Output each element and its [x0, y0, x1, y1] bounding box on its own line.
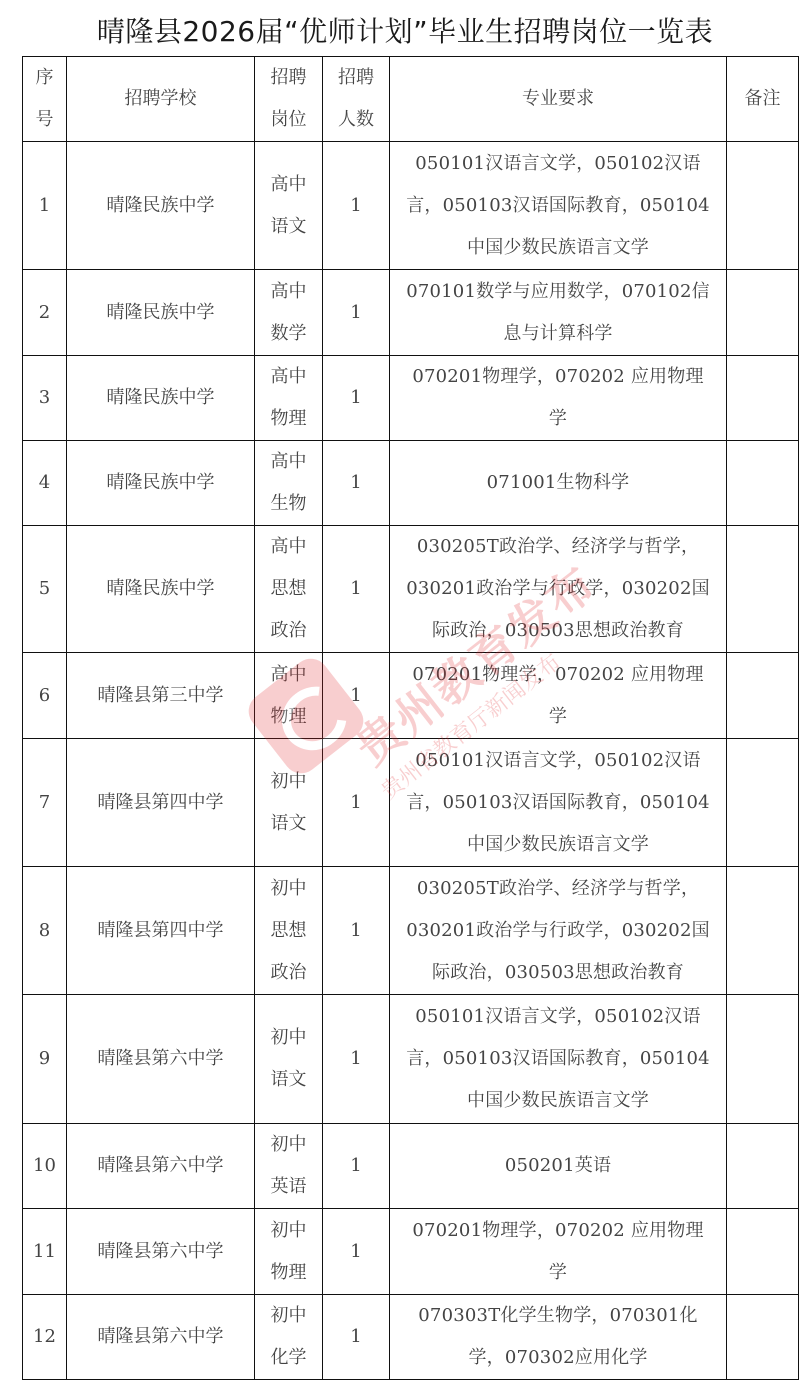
header-row: 序 号 招聘学校 招聘 岗位 招聘 人数 专业要求 备注: [23, 57, 799, 142]
cell-count: 1: [323, 270, 390, 356]
table-body: 1晴隆民族中学高中语文1050101汉语言文学，050102汉语言，050103…: [23, 142, 799, 1380]
cell-remark: [727, 867, 799, 995]
cell-position: 初中物理: [255, 1209, 323, 1295]
cell-position: 初中化学: [255, 1295, 323, 1380]
cell-position-line: 语文: [261, 206, 316, 248]
cell-count: 1: [323, 1295, 390, 1380]
cell-major-line: 学: [396, 398, 720, 440]
cell-index: 7: [23, 739, 67, 867]
cell-major-line: 030205T政治学、经济学与哲学，: [396, 526, 720, 568]
cell-major: 050201英语: [390, 1124, 727, 1209]
cell-school: 晴隆民族中学: [67, 356, 255, 441]
cell-school: 晴隆民族中学: [67, 270, 255, 356]
cell-index: 9: [23, 995, 67, 1124]
cell-major-line: 言，050103汉语国际教育，050104: [396, 185, 720, 227]
cell-count: 1: [323, 995, 390, 1124]
cell-major-line: 050201英语: [396, 1145, 720, 1187]
cell-major-line: 070201物理学，070202 应用物理: [396, 356, 720, 398]
cell-school: 晴隆县第四中学: [67, 739, 255, 867]
cell-major-line: 050101汉语言文学，050102汉语: [396, 996, 720, 1038]
cell-index: 10: [23, 1124, 67, 1209]
cell-position-line: 物理: [261, 1252, 316, 1294]
cell-position-line: 初中: [261, 868, 316, 910]
cell-school: 晴隆民族中学: [67, 441, 255, 526]
cell-position-line: 物理: [261, 398, 316, 440]
cell-major-line: 中国少数民族语言文学: [396, 1080, 720, 1122]
table-row: 6晴隆县第三中学高中物理1070201物理学，070202 应用物理学: [23, 653, 799, 739]
cell-position-line: 思想: [261, 910, 316, 952]
cell-major-line: 际政治，030503思想政治教育: [396, 952, 720, 994]
cell-remark: [727, 739, 799, 867]
cell-remark: [727, 653, 799, 739]
table-row: 12晴隆县第六中学初中化学1070303T化学生物学，070301化学，0703…: [23, 1295, 799, 1380]
cell-count: 1: [323, 867, 390, 995]
cell-position: 高中物理: [255, 653, 323, 739]
table-row: 9晴隆县第六中学初中语文1050101汉语言文学，050102汉语言，05010…: [23, 995, 799, 1124]
cell-school: 晴隆县第六中学: [67, 1124, 255, 1209]
cell-count: 1: [323, 739, 390, 867]
cell-school: 晴隆县第四中学: [67, 867, 255, 995]
cell-remark: [727, 1209, 799, 1295]
cell-major-line: 050101汉语言文学，050102汉语: [396, 143, 720, 185]
cell-position-line: 高中: [261, 164, 316, 206]
cell-index: 4: [23, 441, 67, 526]
cell-position-line: 初中: [261, 1124, 316, 1166]
cell-major: 030205T政治学、经济学与哲学，030201政治学与行政学，030202国际…: [390, 526, 727, 653]
recruitment-table: 序 号 招聘学校 招聘 岗位 招聘 人数 专业要求 备注 1晴隆民族中学高中语文…: [22, 56, 799, 1380]
cell-major-line: 050101汉语言文学，050102汉语: [396, 740, 720, 782]
cell-count: 1: [323, 142, 390, 270]
cell-position-line: 物理: [261, 696, 316, 738]
header-remark: 备注: [727, 57, 799, 142]
cell-major-line: 070101数学与应用数学，070102信: [396, 271, 720, 313]
cell-major-line: 070201物理学，070202 应用物理: [396, 654, 720, 696]
cell-major-line: 学，070302应用化学: [396, 1337, 720, 1379]
cell-remark: [727, 270, 799, 356]
cell-major-line: 030201政治学与行政学，030202国: [396, 568, 720, 610]
cell-position: 高中物理: [255, 356, 323, 441]
cell-major-line: 030205T政治学、经济学与哲学，: [396, 868, 720, 910]
header-school: 招聘学校: [67, 57, 255, 142]
cell-position: 初中语文: [255, 739, 323, 867]
cell-school: 晴隆县第六中学: [67, 995, 255, 1124]
cell-count: 1: [323, 1124, 390, 1209]
table-row: 3晴隆民族中学高中物理1070201物理学，070202 应用物理学: [23, 356, 799, 441]
cell-index: 2: [23, 270, 67, 356]
cell-index: 1: [23, 142, 67, 270]
cell-position: 初中英语: [255, 1124, 323, 1209]
cell-count: 1: [323, 356, 390, 441]
cell-school: 晴隆民族中学: [67, 142, 255, 270]
cell-position-line: 初中: [261, 1017, 316, 1059]
cell-position-line: 初中: [261, 1210, 316, 1252]
cell-position: 初中思想政治: [255, 867, 323, 995]
cell-major-line: 071001生物科学: [396, 462, 720, 504]
cell-position-line: 生物: [261, 483, 316, 525]
cell-major: 030205T政治学、经济学与哲学，030201政治学与行政学，030202国际…: [390, 867, 727, 995]
cell-position-line: 数学: [261, 313, 316, 355]
cell-position-line: 政治: [261, 610, 316, 652]
cell-major-line: 学: [396, 696, 720, 738]
cell-major: 050101汉语言文学，050102汉语言，050103汉语国际教育，05010…: [390, 995, 727, 1124]
cell-major: 070201物理学，070202 应用物理学: [390, 356, 727, 441]
cell-count: 1: [323, 441, 390, 526]
cell-index: 12: [23, 1295, 67, 1380]
cell-position: 高中语文: [255, 142, 323, 270]
cell-remark: [727, 441, 799, 526]
cell-position-line: 政治: [261, 952, 316, 994]
cell-count: 1: [323, 1209, 390, 1295]
cell-index: 11: [23, 1209, 67, 1295]
header-position: 招聘 岗位: [255, 57, 323, 142]
cell-school: 晴隆县第六中学: [67, 1295, 255, 1380]
cell-remark: [727, 526, 799, 653]
cell-remark: [727, 1124, 799, 1209]
table-row: 5晴隆民族中学高中思想政治1030205T政治学、经济学与哲学，030201政治…: [23, 526, 799, 653]
cell-major: 050101汉语言文学，050102汉语言，050103汉语国际教育，05010…: [390, 739, 727, 867]
cell-position-line: 语文: [261, 1059, 316, 1101]
cell-position: 初中语文: [255, 995, 323, 1124]
cell-position: 高中生物: [255, 441, 323, 526]
header-major: 专业要求: [390, 57, 727, 142]
cell-major: 050101汉语言文学，050102汉语言，050103汉语国际教育，05010…: [390, 142, 727, 270]
cell-count: 1: [323, 653, 390, 739]
cell-position-line: 高中: [261, 271, 316, 313]
cell-major-line: 学: [396, 1252, 720, 1294]
cell-position: 高中思想政治: [255, 526, 323, 653]
table-row: 7晴隆县第四中学初中语文1050101汉语言文学，050102汉语言，05010…: [23, 739, 799, 867]
cell-major: 070201物理学，070202 应用物理学: [390, 653, 727, 739]
cell-count: 1: [323, 526, 390, 653]
cell-major-line: 中国少数民族语言文学: [396, 227, 720, 269]
header-count: 招聘 人数: [323, 57, 390, 142]
header-index: 序 号: [23, 57, 67, 142]
table-row: 8晴隆县第四中学初中思想政治1030205T政治学、经济学与哲学，030201政…: [23, 867, 799, 995]
cell-index: 6: [23, 653, 67, 739]
cell-school: 晴隆民族中学: [67, 526, 255, 653]
cell-position-line: 英语: [261, 1166, 316, 1208]
table-row: 11晴隆县第六中学初中物理1070201物理学，070202 应用物理学: [23, 1209, 799, 1295]
cell-major: 070303T化学生物学，070301化学，070302应用化学: [390, 1295, 727, 1380]
cell-remark: [727, 356, 799, 441]
cell-remark: [727, 995, 799, 1124]
table-row: 2晴隆民族中学高中数学1070101数学与应用数学，070102信息与计算科学: [23, 270, 799, 356]
cell-major: 070101数学与应用数学，070102信息与计算科学: [390, 270, 727, 356]
table-row: 10晴隆县第六中学初中英语1050201英语: [23, 1124, 799, 1209]
cell-index: 3: [23, 356, 67, 441]
cell-position-line: 初中: [261, 1295, 316, 1337]
cell-position-line: 化学: [261, 1337, 316, 1379]
cell-index: 5: [23, 526, 67, 653]
cell-major-line: 息与计算科学: [396, 313, 720, 355]
cell-position-line: 语文: [261, 803, 316, 845]
table-row: 1晴隆民族中学高中语文1050101汉语言文学，050102汉语言，050103…: [23, 142, 799, 270]
table-row: 4晴隆民族中学高中生物1071001生物科学: [23, 441, 799, 526]
cell-position: 高中数学: [255, 270, 323, 356]
cell-major-line: 070303T化学生物学，070301化: [396, 1295, 720, 1337]
page-title: 晴隆县2026届“优师计划”毕业生招聘岗位一览表: [0, 12, 810, 52]
cell-position-line: 初中: [261, 761, 316, 803]
cell-major-line: 中国少数民族语言文学: [396, 824, 720, 866]
cell-remark: [727, 142, 799, 270]
cell-position-line: 思想: [261, 568, 316, 610]
cell-position-line: 高中: [261, 441, 316, 483]
cell-position-line: 高中: [261, 654, 316, 696]
cell-major-line: 030201政治学与行政学，030202国: [396, 910, 720, 952]
cell-major: 070201物理学，070202 应用物理学: [390, 1209, 727, 1295]
cell-remark: [727, 1295, 799, 1380]
cell-school: 晴隆县第三中学: [67, 653, 255, 739]
cell-major-line: 070201物理学，070202 应用物理: [396, 1210, 720, 1252]
cell-major-line: 际政治，030503思想政治教育: [396, 610, 720, 652]
cell-major-line: 言，050103汉语国际教育，050104: [396, 1038, 720, 1080]
cell-school: 晴隆县第六中学: [67, 1209, 255, 1295]
cell-position-line: 高中: [261, 356, 316, 398]
cell-index: 8: [23, 867, 67, 995]
cell-major-line: 言，050103汉语国际教育，050104: [396, 782, 720, 824]
cell-position-line: 高中: [261, 526, 316, 568]
cell-major: 071001生物科学: [390, 441, 727, 526]
